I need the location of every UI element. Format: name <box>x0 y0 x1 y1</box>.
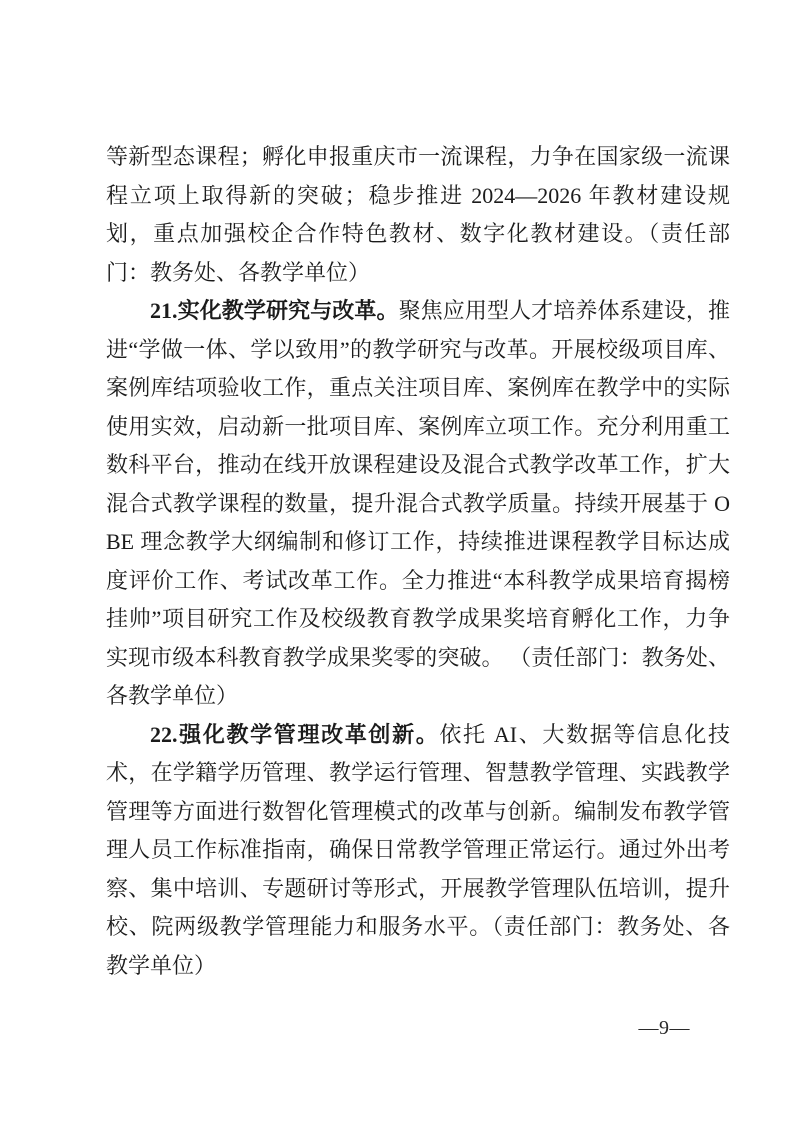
paragraph-text: 等新型态课程；孵化申报重庆市一流课程，力争在国家级一流课程立项上取得新的突破；稳… <box>106 144 730 285</box>
paragraph-lead: 22.强化教学管理改革创新。 <box>150 722 439 747</box>
paragraph-continuation: 等新型态课程；孵化申报重庆市一流课程，力争在国家级一流课程立项上取得新的突破；稳… <box>106 138 730 292</box>
document-page: 等新型态课程；孵化申报重庆市一流课程，力争在国家级一流课程立项上取得新的突破；稳… <box>0 0 794 1122</box>
paragraph-text: 依托 AI、大数据等信息化技术，在学籍学历管理、教学运行管理、智慧教学管理、实践… <box>106 722 730 978</box>
paragraph-lead: 21.实化教学研究与改革。 <box>150 298 399 323</box>
paragraph-item-22: 22.强化教学管理改革创新。依托 AI、大数据等信息化技术，在学籍学历管理、教学… <box>106 716 730 986</box>
page-number: —9— <box>639 1016 691 1040</box>
paragraph-item-21: 21.实化教学研究与改革。聚焦应用型人才培养体系建设，推进“学做一体、学以致用”… <box>106 292 730 716</box>
document-body: 等新型态课程；孵化申报重庆市一流课程，力争在国家级一流课程立项上取得新的突破；稳… <box>106 138 730 985</box>
paragraph-text: 聚焦应用型人才培养体系建设，推进“学做一体、学以致用”的教学研究与改革。开展校级… <box>106 298 730 708</box>
